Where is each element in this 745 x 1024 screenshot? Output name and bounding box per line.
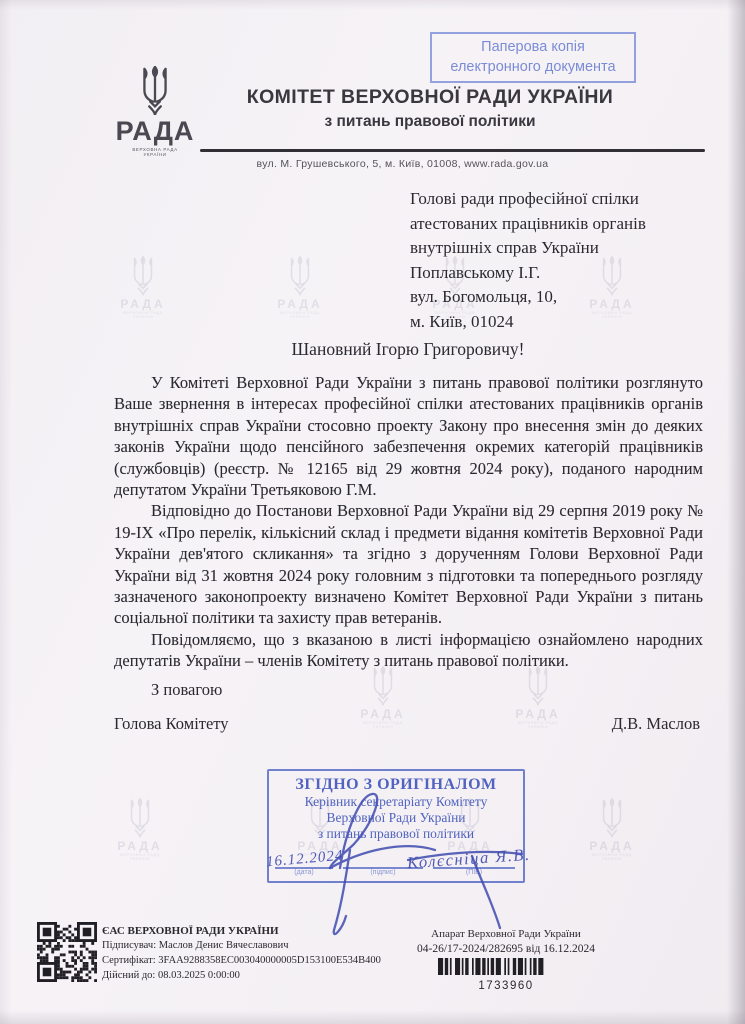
- closing-regards: З повагою: [151, 680, 222, 700]
- trident-icon: [127, 256, 159, 296]
- logo-sub-line2: УКРАЇНИ: [102, 152, 208, 157]
- scanned-letter-page: РАДА ВЕРХОВНА РАДА УКРАЇНИ РАДА ВЕРХОВНА…: [0, 0, 745, 1024]
- recipient-line: внутрішніх справ України: [410, 236, 690, 261]
- registration-block: Апарат Верховної Ради України 04-26/17-2…: [408, 928, 604, 992]
- certify-stamp-line3: з питань правової політики: [269, 826, 523, 842]
- rada-watermark: РАДА ВЕРХОВНА РАДА УКРАЇНИ: [348, 666, 418, 729]
- letterhead-address: вул. М. Грушевського, 5, м. Київ, 01008,…: [150, 158, 655, 170]
- committee-subtitle: з питань правової політики: [195, 113, 665, 131]
- paper-copy-stamp-line1: Паперова копія: [432, 37, 634, 57]
- trident-icon: [135, 66, 175, 116]
- letterhead-divider: [200, 149, 705, 152]
- recipient-line: вул. Богомольця, 10,: [410, 285, 690, 310]
- paragraph-1: У Комітеті Верховної Ради України з пита…: [114, 372, 703, 500]
- paragraph-3: Повідомляємо, що з вказаною в листі інфо…: [114, 629, 703, 672]
- committee-title: КОМІТЕТ ВЕРХОВНОЇ РАДИ УКРАЇНИ: [195, 86, 665, 109]
- recipient-line: м. Київ, 01024: [410, 310, 690, 335]
- rada-watermark: РАДА ВЕРХОВНА РАДА УКРАЇНИ: [265, 256, 335, 319]
- watermark-sub: ВЕРХОВНА РАДА: [108, 311, 178, 315]
- scan-edge-left: [0, 0, 12, 1024]
- scan-edge-right: [727, 0, 745, 1024]
- eas-title: ЄАС ВЕРХОВНОЇ РАДИ УКРАЇНИ: [102, 924, 412, 939]
- recipient-line: атестованих працівників органів: [410, 212, 690, 237]
- scan-edge-bottom: [0, 1010, 745, 1024]
- recipient-line: Голові ради професійної спілки: [410, 187, 690, 212]
- certify-stamp-title: ЗГІДНО З ОРИГІНАЛОМ: [269, 776, 523, 794]
- registration-office: Апарат Верховної Ради України: [408, 928, 604, 941]
- recipient-line: Поплавському І.Г.: [410, 261, 690, 286]
- paper-copy-stamp: Паперова копія електронного документа: [430, 32, 636, 83]
- watermark-sub: УКРАЇНИ: [577, 857, 647, 861]
- recipient-block: Голові ради професійної спілки атестован…: [410, 187, 690, 334]
- watermark-label: РАДА: [108, 297, 178, 311]
- barcode: [438, 958, 574, 975]
- eas-certificate: Сертифікат: 3FAA9288358EC003040000005D15…: [102, 954, 412, 969]
- watermark-label: РАДА: [348, 707, 418, 721]
- certify-stamp-line1: Керівник секретаріату Комітету: [269, 794, 523, 810]
- watermark-sub: УКРАЇНИ: [108, 315, 178, 319]
- certify-stamp-line2: Верховної Ради України: [269, 810, 523, 826]
- logo-name: РАДА: [102, 118, 208, 144]
- qr-code: [37, 922, 97, 982]
- paper-copy-stamp-line2: електронного документа: [432, 57, 634, 77]
- trident-icon: [124, 798, 156, 838]
- signer-name: Д.В. Маслов: [540, 714, 700, 734]
- watermark-sub: ВЕРХОВНА РАДА: [265, 311, 335, 315]
- letterhead: КОМІТЕТ ВЕРХОВНОЇ РАДИ УКРАЇНИ з питань …: [195, 86, 665, 131]
- rada-watermark: РАДА ВЕРХОВНА РАДА УКРАЇНИ: [108, 256, 178, 319]
- paragraph-2: Відповідно до Постанови Верховної Ради У…: [114, 500, 703, 628]
- trident-icon: [367, 666, 399, 706]
- signer-position: Голова Комітету: [114, 714, 229, 734]
- watermark-label: РАДА: [265, 297, 335, 311]
- eas-signer: Підписувач: Маслов Денис Вячеславович: [102, 939, 412, 954]
- rada-logo: РАДА ВЕРХОВНА РАДА УКРАЇНИ: [102, 66, 208, 157]
- trident-icon: [284, 256, 316, 296]
- watermark-sub: ВЕРХОВНА РАДА: [577, 853, 647, 857]
- e-signature-block: ЄАС ВЕРХОВНОЇ РАДИ УКРАЇНИ Підписувач: М…: [102, 924, 412, 983]
- logo-subtitle: ВЕРХОВНА РАДА УКРАЇНИ: [102, 147, 208, 157]
- rada-watermark: РАДА ВЕРХОВНА РАДА УКРАЇНИ: [577, 798, 647, 861]
- letter-body: У Комітеті Верховної Ради України з пита…: [114, 372, 703, 672]
- trident-icon: [522, 666, 554, 706]
- scan-edge-top: [0, 0, 745, 10]
- watermark-sub: УКРАЇНИ: [265, 315, 335, 319]
- eas-valid-until: Дійсний до: 08.03.2025 0:00:00: [102, 969, 412, 984]
- watermark-label: РАДА: [105, 839, 175, 853]
- registration-number: 04-26/17-2024/282695 від 16.12.2024: [408, 942, 604, 956]
- watermark-label: РАДА: [577, 839, 647, 853]
- watermark-sub: ВЕРХОВНА РАДА: [105, 853, 175, 857]
- rada-watermark: РАДА ВЕРХОВНА РАДА УКРАЇНИ: [105, 798, 175, 861]
- trident-icon: [596, 798, 628, 838]
- watermark-sub: УКРАЇНИ: [348, 725, 418, 729]
- salutation: Шановний Ігорю Григоровичу!: [115, 339, 701, 360]
- watermark-sub: УКРАЇНИ: [105, 857, 175, 861]
- barcode-number: 1733960: [408, 980, 604, 992]
- watermark-sub: ВЕРХОВНА РАДА: [348, 721, 418, 725]
